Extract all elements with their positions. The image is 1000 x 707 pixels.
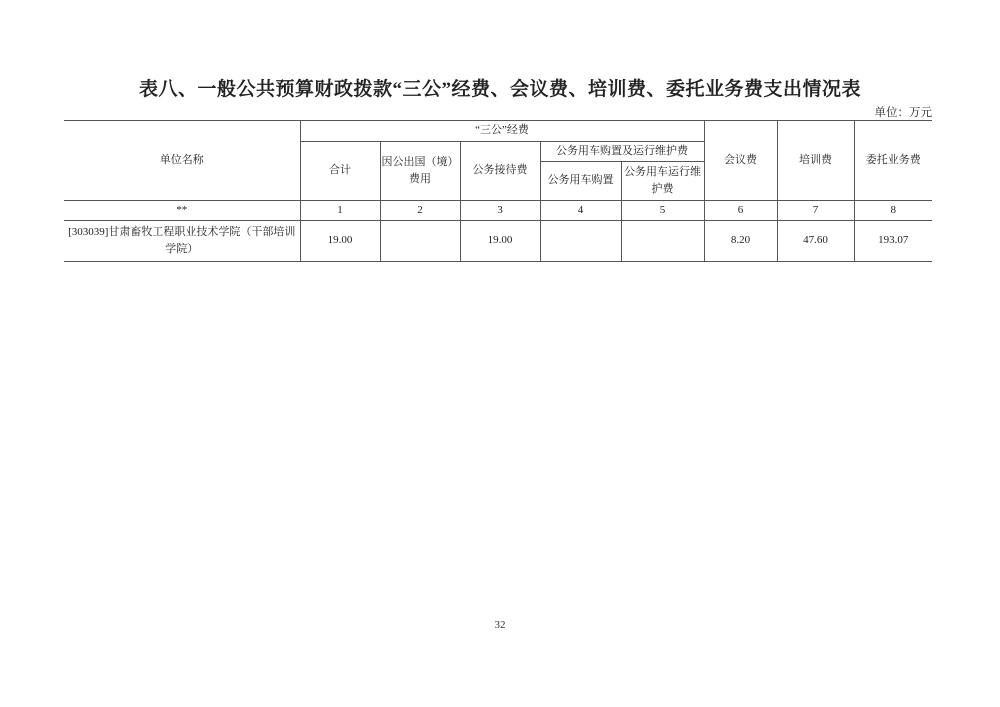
header-entrusted-business-fee: 委托业务费 — [854, 121, 932, 201]
value-training: 47.60 — [777, 221, 854, 262]
unit-name-cell: [303039]甘肃畜牧工程职业技术学院（干部培训学院） — [64, 221, 300, 262]
page-number: 32 — [0, 619, 1000, 631]
header-three-public-funds: “三公”经费 — [300, 121, 704, 142]
index-cell: 8 — [854, 201, 932, 221]
header-row-1: 单位名称 “三公”经费 会议费 培训费 委托业务费 — [64, 121, 932, 142]
table-row: [303039]甘肃畜牧工程职业技术学院（干部培训学院） 19.00 19.00… — [64, 221, 932, 262]
value-conference: 8.20 — [704, 221, 777, 262]
index-cell: 7 — [777, 201, 854, 221]
value-reception: 19.00 — [460, 221, 540, 262]
index-cell: 2 — [380, 201, 460, 221]
value-total: 19.00 — [300, 221, 380, 262]
index-cell: 4 — [540, 201, 621, 221]
index-cell: ** — [64, 201, 300, 221]
index-cell: 5 — [621, 201, 704, 221]
value-entrusted: 193.07 — [854, 221, 932, 262]
header-official-reception: 公务接待费 — [460, 142, 540, 201]
header-conference-fee: 会议费 — [704, 121, 777, 201]
header-training-fee: 培训费 — [777, 121, 854, 201]
value-vehicle-maintenance — [621, 221, 704, 262]
column-index-row: ** 1 2 3 4 5 6 7 8 — [64, 201, 932, 221]
index-cell: 6 — [704, 201, 777, 221]
index-cell: 1 — [300, 201, 380, 221]
header-unit-name: 单位名称 — [64, 121, 300, 201]
value-vehicle-purchase — [540, 221, 621, 262]
index-cell: 3 — [460, 201, 540, 221]
budget-table: 单位名称 “三公”经费 会议费 培训费 委托业务费 合计 因公出国（境）费用 公… — [64, 120, 932, 262]
header-abroad-expense: 因公出国（境）费用 — [380, 142, 460, 201]
page-title: 表八、一般公共预算财政拨款“三公”经费、会议费、培训费、委托业务费支出情况表 — [0, 74, 1000, 101]
value-abroad — [380, 221, 460, 262]
header-vehicle-purchase: 公务用车购置 — [540, 162, 621, 201]
header-total: 合计 — [300, 142, 380, 201]
document-page: 表八、一般公共预算财政拨款“三公”经费、会议费、培训费、委托业务费支出情况表 单… — [0, 0, 1000, 707]
header-vehicle-purchase-and-maintenance: 公务用车购置及运行维护费 — [540, 142, 704, 162]
header-vehicle-maintenance: 公务用车运行维护费 — [621, 162, 704, 201]
unit-note: 单位：万元 — [875, 104, 933, 120]
